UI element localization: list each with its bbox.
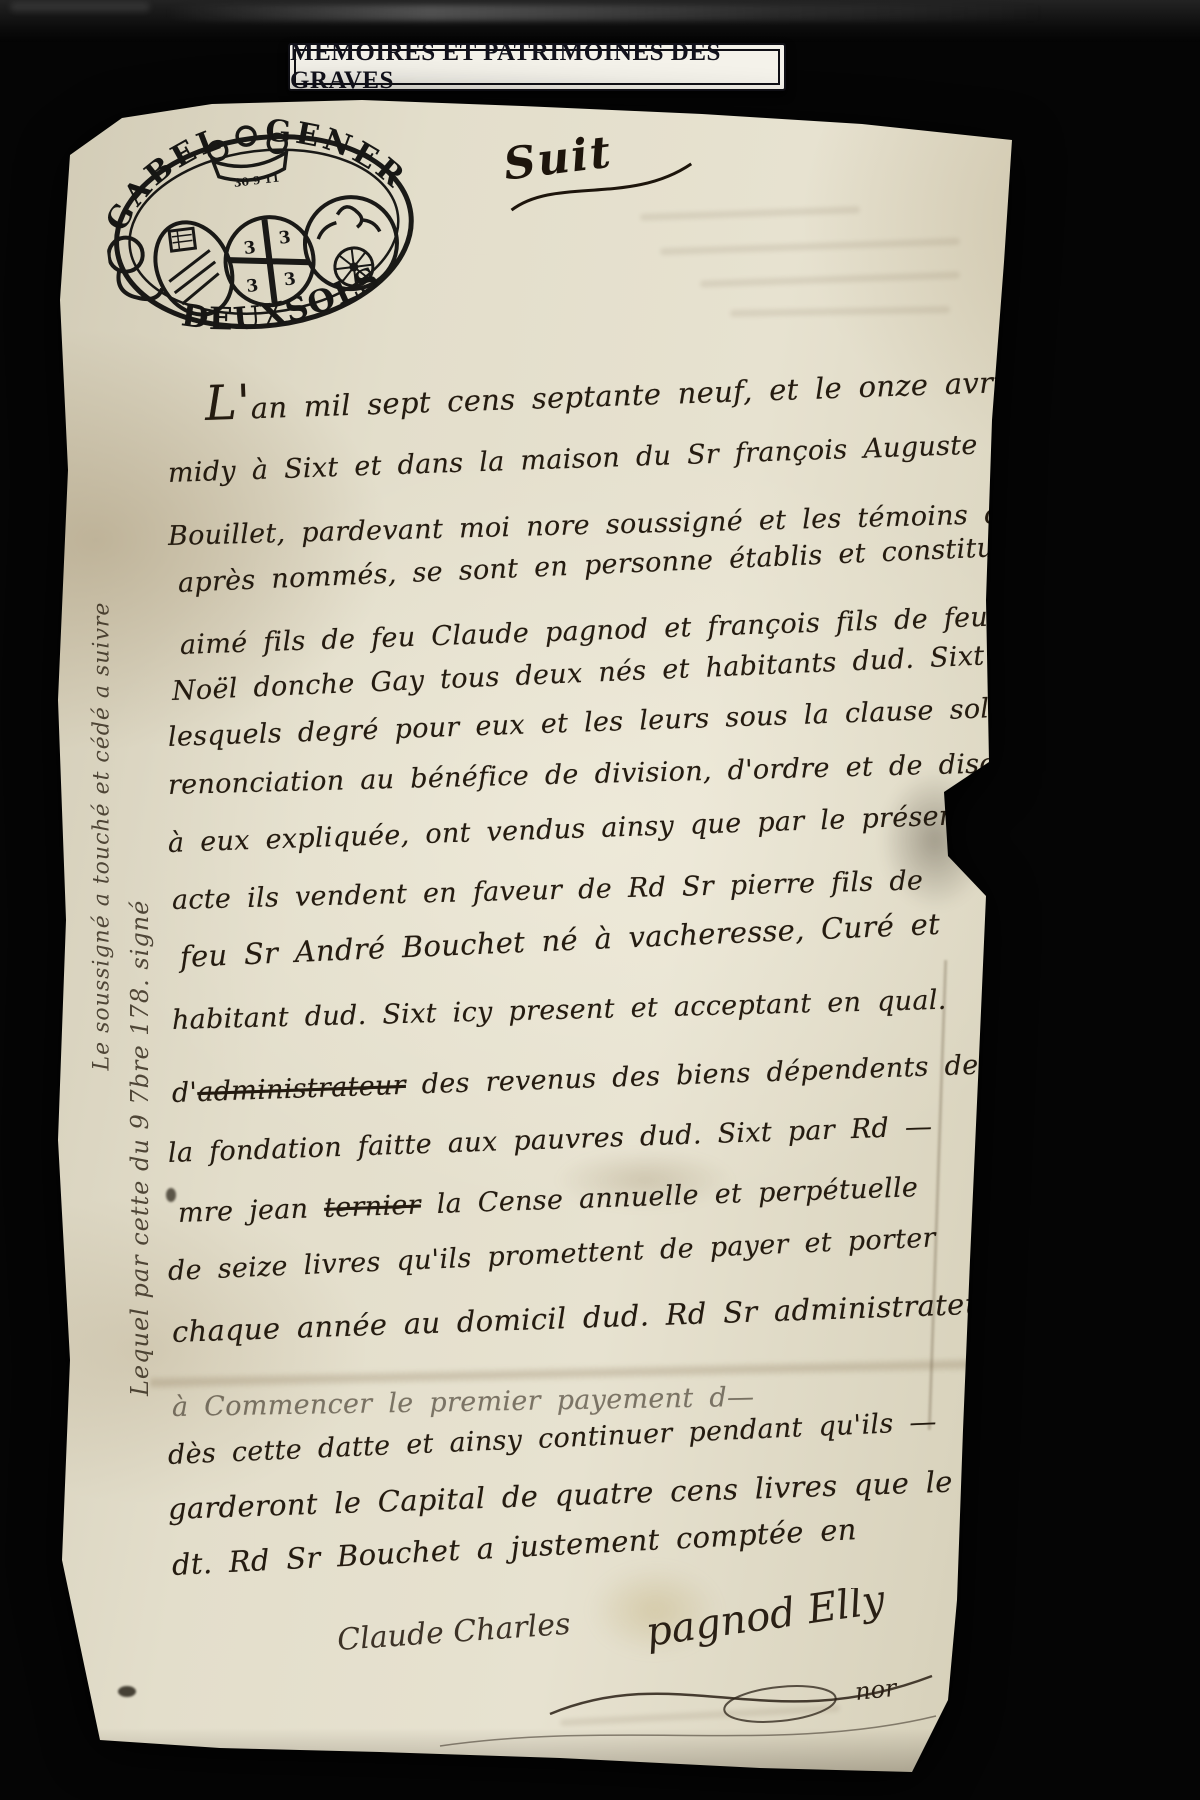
signature-left: Claude Charles [336, 1607, 571, 1658]
stamp-crown-mark: 30 9 11 [233, 171, 280, 190]
notary-paraph: Suit [501, 117, 699, 219]
tax-stamp: 30 9 11 3 3 3 3 [93, 102, 428, 363]
manuscript-line: mre jean ternier la Cense annuelle et pe… [177, 1172, 918, 1229]
signature-block: Claude Charles pagnod Elly nor [300, 1588, 1000, 1778]
manuscript-line: acte ils vendent en faveur de Rd Sr pier… [172, 865, 924, 916]
svg-text:3: 3 [243, 238, 257, 259]
stamp-arc-right-text: GENER [260, 102, 416, 211]
manuscript-line: renonciation au bénéfice de division, d'… [168, 746, 1085, 801]
framed-archival-document-photo: MEMOIRES ET PATRIMOINES DES GRAVES [0, 0, 1200, 1800]
stamp-arc-left-text: GABEL [93, 120, 236, 240]
manuscript-line: midy à Sixt et dans la maison du Sr fran… [167, 430, 978, 489]
ink-speck [166, 1188, 176, 1202]
margin-note-outer: Le soussigné a touché et cédé a suivre [90, 471, 115, 1071]
manuscript-line: d'administrateur des revenus des biens d… [171, 1050, 979, 1109]
manuscript-line: L'an mil sept cens septante neuf, et le … [204, 353, 1122, 427]
manuscript-line: de seize livres qu'ils promettent de pay… [167, 1222, 936, 1286]
manuscript-line: la fondation faitte aux pauvres dud. Six… [167, 1111, 932, 1169]
signature-right: pagnod Elly [643, 1588, 889, 1656]
bleedthrough-smudge [640, 206, 860, 221]
svg-text:3: 3 [278, 227, 292, 248]
bleedthrough-smudge [730, 306, 950, 317]
svg-text:3: 3 [283, 269, 297, 290]
manuscript-line: feu Sr André Bouchet né à vacheresse, Cu… [179, 907, 940, 974]
ink-speck [118, 1686, 136, 1697]
bleedthrough-smudge [660, 238, 960, 255]
paper-wrapper: 30 9 11 3 3 3 3 [0, 0, 1200, 1800]
manuscript-line: dt. Rd Sr Bouchet a justement comptée en [171, 1512, 857, 1582]
manuscript-paper: 30 9 11 3 3 3 3 [0, 0, 1200, 1800]
bleedthrough-smudge [700, 271, 960, 287]
margin-note-inner: Lequel par cette du 9 7bre 178. signé [126, 456, 154, 1396]
svg-text:3: 3 [245, 276, 259, 297]
manuscript-line: à eux expliquée, ont vendus ainsy que pa… [167, 800, 968, 859]
manuscript-line: habitant dud. Sixt icy present et accept… [172, 985, 947, 1036]
manuscript-line: à Commencer le premier payement d— [172, 1382, 755, 1423]
manuscript-line: chaque année au domicil dud. Rd Sr admin… [171, 1286, 998, 1349]
